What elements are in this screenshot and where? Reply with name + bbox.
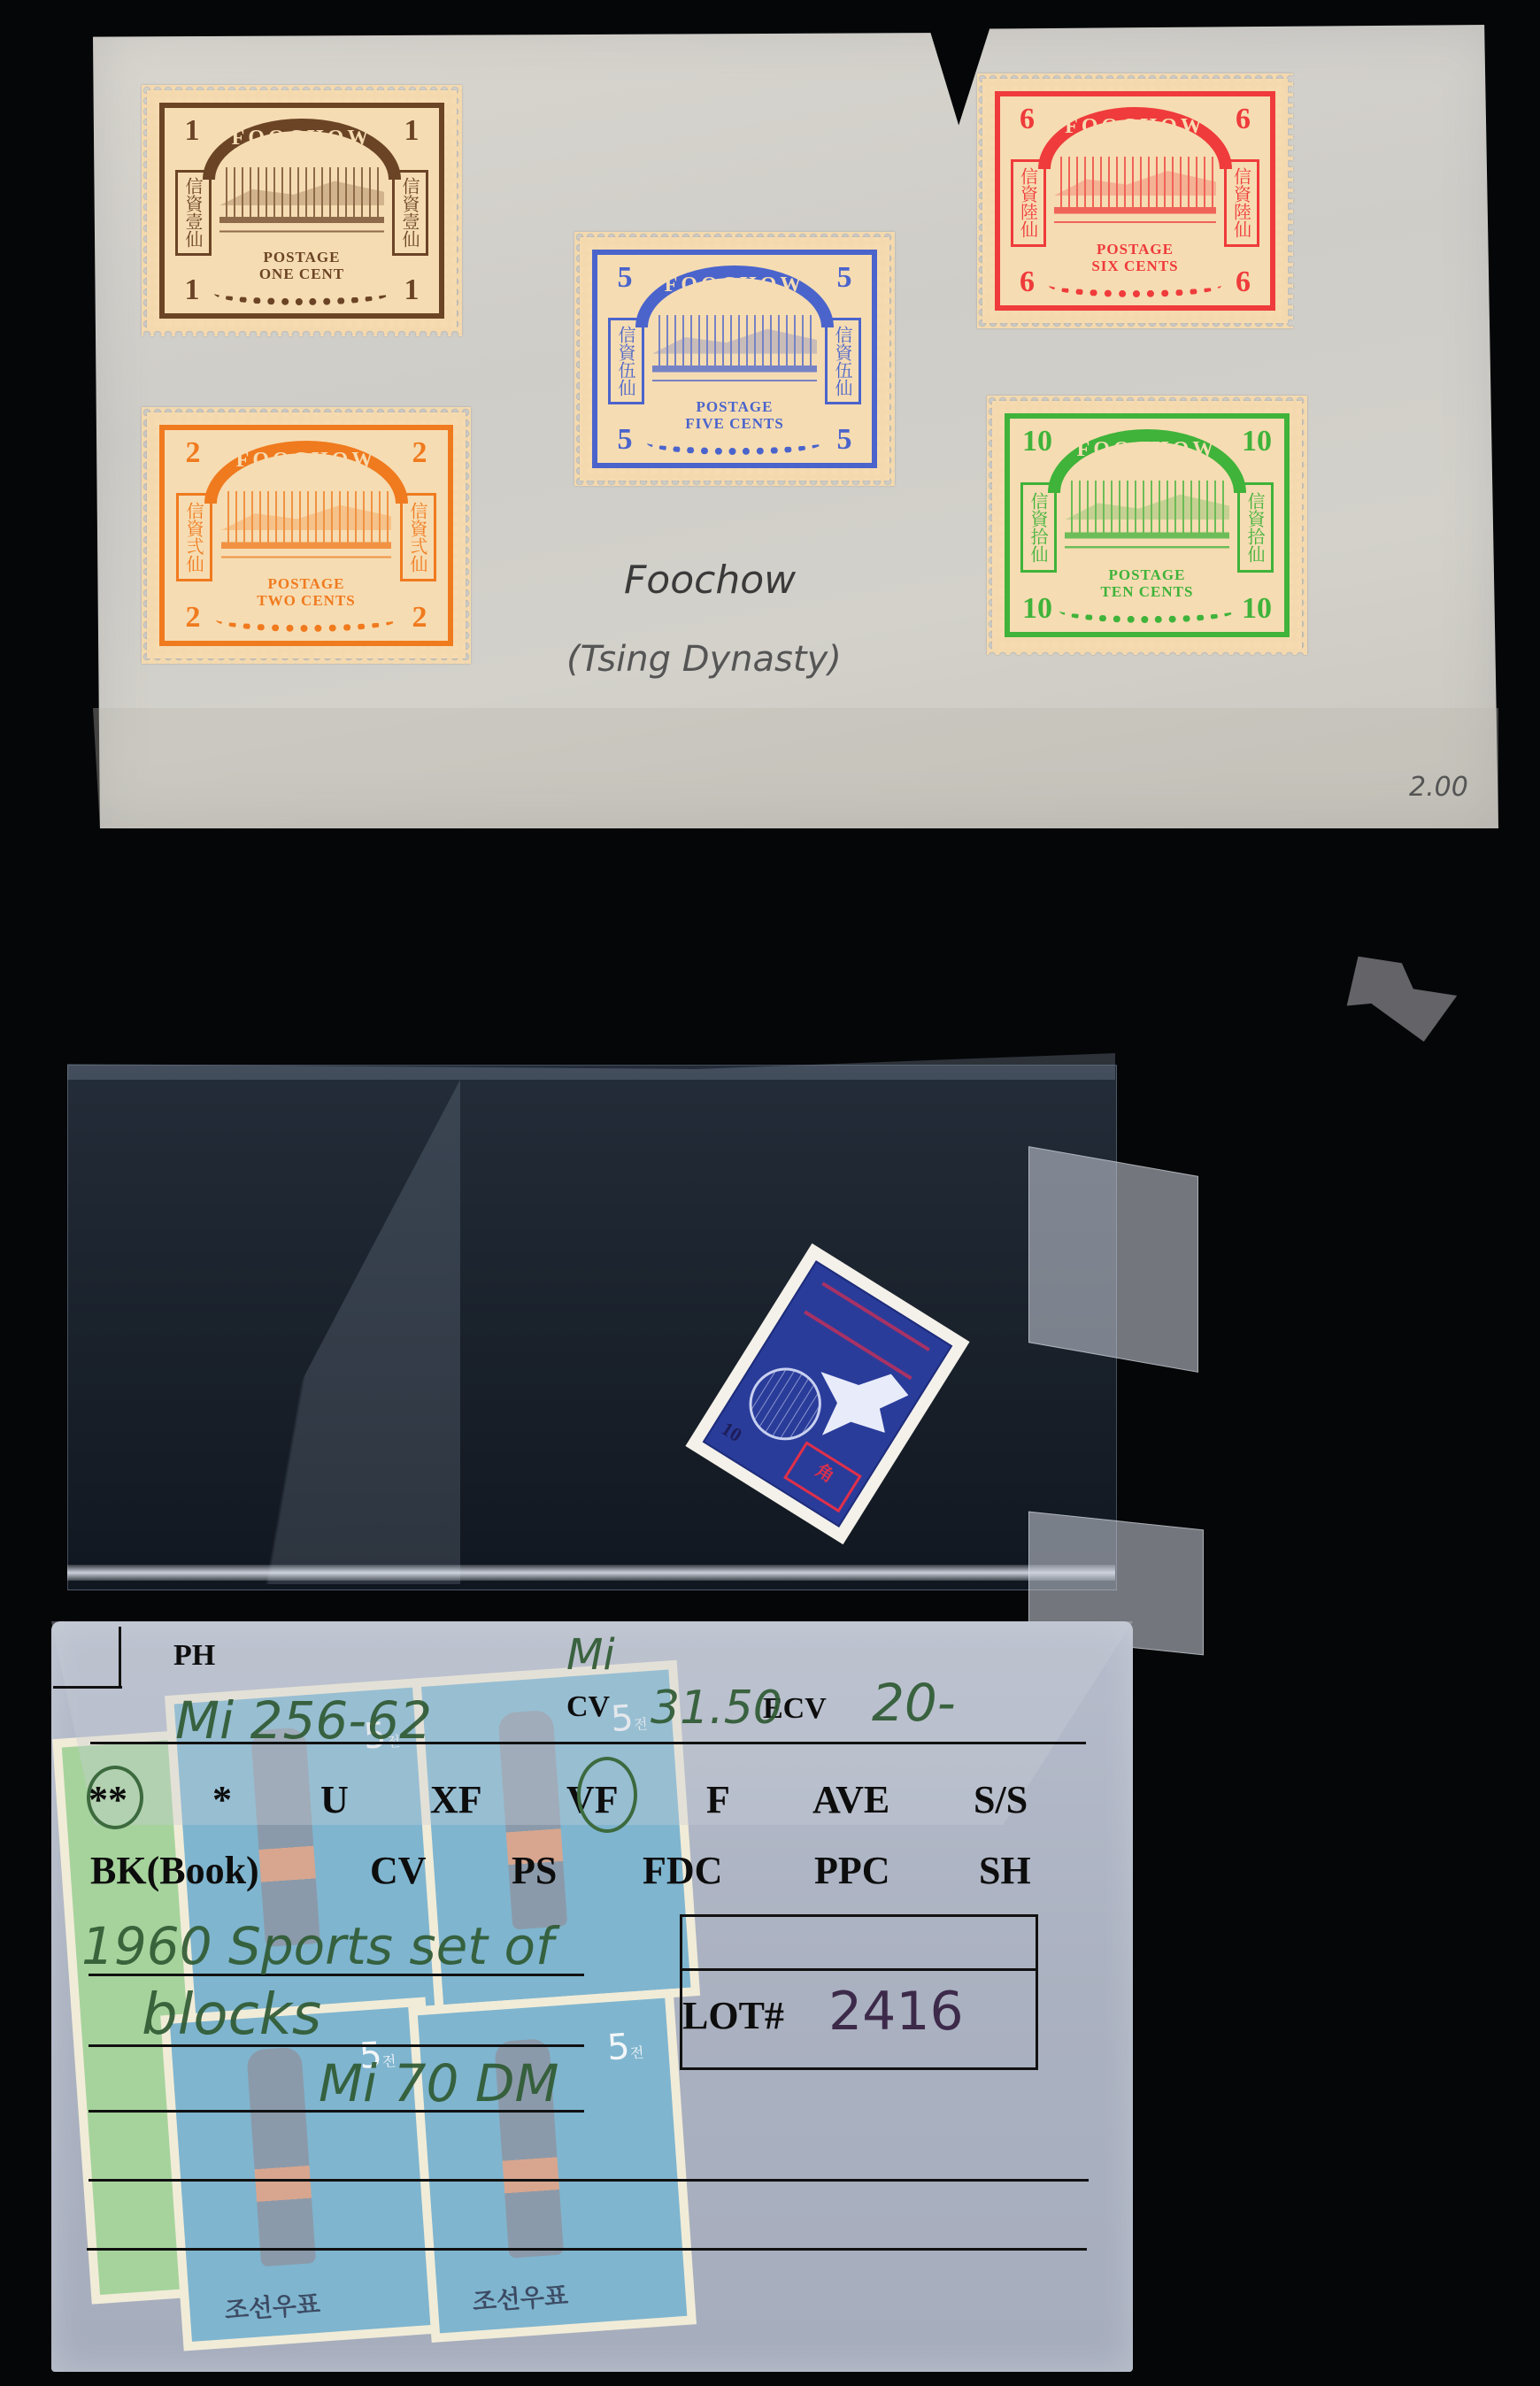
stamp-value: 5전 [605, 2025, 644, 2068]
paper-scrap [1337, 945, 1459, 1046]
rule-line [87, 2248, 1087, 2251]
korea-stamp: 5전 조선우표 [160, 1997, 449, 2351]
format-ppc[interactable]: PPC [814, 1848, 890, 1893]
stamp-foochow-5-cents[interactable]: FOOCHOW 信資伍仙 信資伍仙 5 5 5 5 POSTAGEFIVE CE… [580, 237, 889, 481]
stamp-country-name: FOOCHOW [165, 127, 439, 150]
handwritten-description-3: Mi 70 DM [319, 2053, 559, 2113]
harbor-scene-icon [1054, 157, 1216, 249]
wreath-icon [647, 431, 822, 455]
value-numeral: 10 [1015, 592, 1059, 626]
value-numeral: 6 [1005, 266, 1049, 299]
value-numeral: 5 [603, 423, 647, 457]
wreath-icon [1059, 599, 1235, 623]
format-ps[interactable]: PS [512, 1848, 557, 1893]
chinese-value-left: 信資伍仙 [608, 318, 643, 405]
chinese-value-right: 信資壹仙 [392, 170, 427, 256]
handwritten-catalog-ref: Mi 256-62 [175, 1690, 432, 1751]
gymnast-icon [246, 2047, 316, 2267]
chinese-value-right: 信資伍仙 [825, 318, 860, 405]
sheet-fold [93, 708, 1498, 827]
format-sh[interactable]: SH [979, 1848, 1031, 1893]
value-numeral: 5 [822, 423, 866, 457]
country-text: 조선우표 [471, 2276, 569, 2318]
lot-number-box: LOT# 2416 [680, 1914, 1038, 2070]
stamp-caption: POSTAGETWO CENTS [227, 575, 385, 609]
stamp-value: 10 [717, 1417, 745, 1447]
circle-mark-mnh [87, 1766, 143, 1829]
price-note: 2.00 [1409, 772, 1468, 803]
stamp-country-name: FOOCHOW [165, 449, 448, 473]
korea-stamp: 5전 조선우표 [408, 1989, 697, 2343]
grade-ss[interactable]: S/S [974, 1777, 1028, 1822]
harbor-scene-icon [1065, 481, 1229, 574]
chinese-value-left: 信資壹仙 [175, 170, 211, 256]
grade-f[interactable]: F [706, 1777, 730, 1822]
stamp-country-name: FOOCHOW [1010, 438, 1284, 462]
wreath-icon [216, 608, 397, 632]
wreath-icon [214, 281, 389, 305]
handwritten-ecv-value: 20- [872, 1673, 956, 1733]
chinese-value-right: 信資拾仙 [1237, 482, 1273, 572]
circle-mark-vf [577, 1757, 637, 1833]
harbor-scene-icon [652, 315, 817, 406]
handwritten-cv-prefix: Mi [566, 1630, 615, 1680]
stamp-foochow-2-cents[interactable]: FOOCHOW 信資弍仙 信資弍仙 2 2 2 2 POSTAGETWO CEN… [147, 412, 466, 658]
harbor-scene-icon [219, 167, 384, 258]
handwritten-description-1: 1960 Sports set of [81, 1916, 553, 1976]
rule-line [53, 1686, 122, 1689]
value-numeral: 6 [1221, 266, 1265, 299]
label-ph: PH [173, 1639, 215, 1673]
format-cv[interactable]: CV [370, 1848, 427, 1893]
grade-xf[interactable]: XF [430, 1777, 482, 1822]
grade-mh[interactable]: * [212, 1777, 232, 1822]
grade-used[interactable]: U [320, 1777, 349, 1822]
format-fdc[interactable]: FDC [643, 1848, 722, 1893]
glassine-sleeve[interactable] [67, 1065, 1117, 1590]
wreath-icon [1049, 273, 1221, 297]
chinese-value-right: 信資陸仙 [1224, 159, 1259, 247]
chinese-value-right: 信資弍仙 [400, 493, 437, 581]
handwritten-description-2: blocks [142, 1982, 321, 2048]
handwritten-note-dynasty: (Tsing Dynasty) [566, 639, 842, 680]
lot-box-divider [682, 1968, 1036, 1971]
chinese-value-left: 信資陸仙 [1011, 159, 1046, 247]
harbor-scene-icon [221, 491, 391, 584]
stamp-caption: POSTAGEONE CENT [225, 249, 379, 282]
stamp-country-name: FOOCHOW [597, 273, 872, 297]
stamp-caption: POSTAGESIX CENTS [1059, 241, 1211, 274]
chinese-value-left: 信資拾仙 [1020, 482, 1056, 572]
stamp-caption: POSTAGEFIVE CENTS [658, 398, 812, 432]
stamp-foochow-6-cents[interactable]: FOOCHOW 信資陸仙 信資陸仙 6 6 6 6 POSTAGESIX CEN… [982, 79, 1288, 323]
chinese-value-left: 信資弍仙 [176, 493, 213, 581]
glassine-edge [67, 1565, 1115, 1581]
stamp-country-name: FOOCHOW [1000, 115, 1270, 139]
value-numeral: 1 [170, 273, 214, 307]
handwritten-note-foochow: Foochow [624, 558, 796, 603]
value-numeral: 2 [397, 601, 442, 635]
hinge-tape [1028, 1146, 1198, 1373]
value-numeral: 2 [170, 601, 215, 635]
format-booklet[interactable]: BK(Book) [90, 1848, 259, 1893]
handwritten-cv-value: 31.50 [651, 1682, 782, 1735]
stamp-foochow-1-cent[interactable]: FOOCHOW 信資壹仙 信資壹仙 1 1 1 1 POSTAGEONE CEN… [147, 90, 457, 331]
overprint-value: 角 [783, 1442, 861, 1512]
value-numeral: 10 [1235, 592, 1279, 626]
rule-line [119, 1627, 121, 1687]
lot-number: 2416 [828, 1981, 964, 2043]
country-text: 조선우표 [223, 2284, 321, 2326]
grade-ave[interactable]: AVE [812, 1777, 889, 1822]
value-numeral: 1 [389, 273, 434, 307]
stamp-caption: POSTAGETEN CENTS [1070, 566, 1224, 600]
label-lot: LOT# [682, 1993, 784, 2038]
rule-line [89, 2179, 1089, 2182]
stamp-foochow-10-cents[interactable]: FOOCHOW 信資拾仙 信資拾仙 10 10 10 10 POSTAGETEN… [992, 401, 1302, 650]
label-cv: CV [566, 1690, 610, 1724]
globe-icon [735, 1354, 835, 1453]
